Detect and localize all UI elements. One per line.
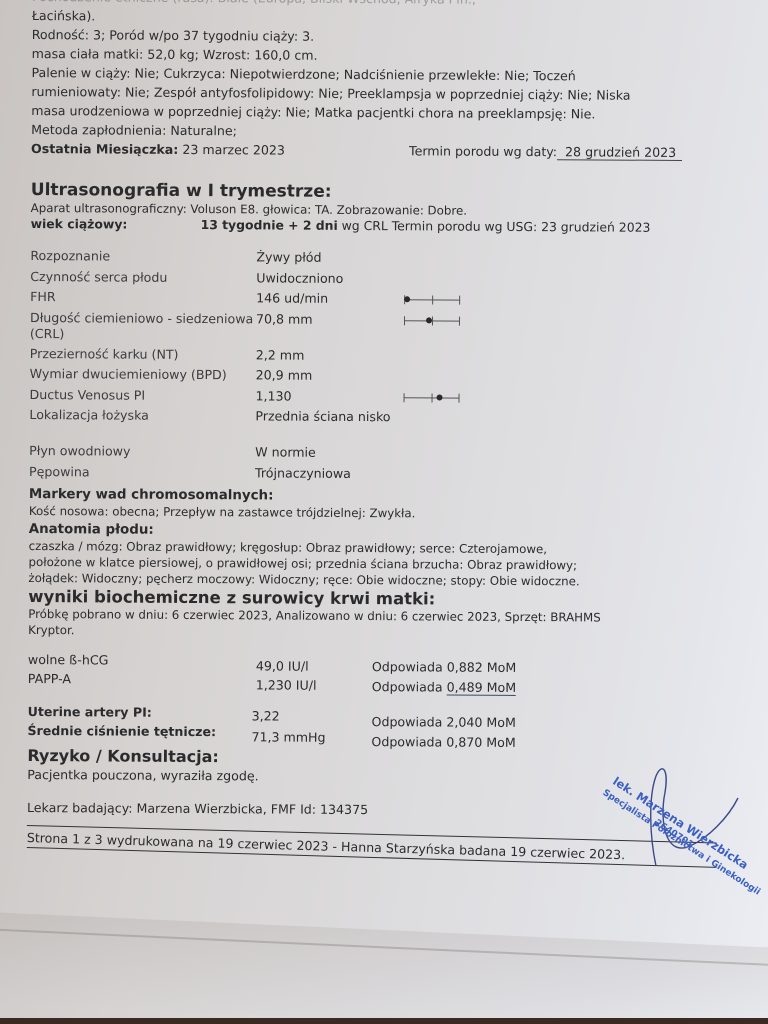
- ultrasound-row: Przezierność karku (NT)2,2 mm: [30, 345, 474, 368]
- ultrasound-row: Płyn owodniowyW normie: [29, 443, 473, 466]
- signature-scribble: [598, 758, 768, 868]
- mom-underlined-value: 0,489 MoM: [447, 680, 517, 696]
- ultrasound-row: RozpoznanieŻywy płód: [30, 248, 474, 271]
- ultrasound-row-value: Uwidoczniono: [256, 270, 404, 291]
- percentile-marker: [426, 317, 432, 323]
- percentile-cell: [404, 368, 474, 389]
- ultrasound-row-value: 20,9 mm: [256, 367, 404, 388]
- ultrasound-row-label: Lokalizacja łożyska: [29, 407, 255, 444]
- bio-value: 49,0 IU/l: [256, 658, 309, 673]
- ultrasound-row-value: W normie: [255, 444, 403, 465]
- chromosomal-markers-text: Kość nosowa: obecna; Przepływ na zastawc…: [29, 503, 749, 523]
- ultrasound-row: Lokalizacja łożyskaPrzednia ściana nisko: [29, 407, 473, 446]
- ultrasound-row: FHR146 ud/min: [30, 289, 474, 312]
- bio-label: Średnie ciśnienie tętnicze:: [27, 723, 216, 739]
- percentile-cell: [404, 348, 474, 369]
- gestational-age-value: 13 tygodnie + 2 dni wg CRL Termin porodu…: [201, 217, 651, 235]
- gestational-age-row: wiek ciążowy: 13 tygodnie + 2 dni wg CRL…: [31, 216, 751, 238]
- due-date-label: Termin porodu wg daty:: [409, 143, 557, 159]
- bio-row-map: Średnie ciśnienie tętnicze: 71,3 mmHg Od…: [27, 723, 747, 746]
- ultrasound-row-label: Rozpoznanie: [30, 248, 256, 270]
- ultrasound-row-label: Czynność serca płodu: [30, 268, 256, 290]
- lmp-label: Ostatnia Miesiączka:: [31, 141, 178, 157]
- due-date-value: 28 grudzień 2023: [557, 144, 682, 161]
- ultrasound-row-value: 2,2 mm: [256, 347, 404, 368]
- gestational-age-weeks: 13 tygodnie + 2 dni: [201, 217, 338, 233]
- percentile-cell: [403, 445, 473, 466]
- percentile-marker: [437, 394, 443, 400]
- percentile-bar: [404, 295, 460, 305]
- bio-label: wolne ß-hCG: [28, 652, 109, 667]
- bio-value: 3,22: [252, 708, 280, 723]
- bio-value: 71,3 mmHg: [251, 729, 325, 744]
- ultrasound-row: Ductus Venosus PI1,130: [29, 386, 473, 409]
- doctor-stamp: lek. Marzena Wierzbicka Specjalista Poło…: [598, 758, 768, 868]
- percentile-cell: [403, 409, 473, 445]
- ultrasound-row-label: Płyn owodniowy: [29, 443, 255, 465]
- bio-label: PAPP-A: [28, 671, 71, 686]
- ultrasound-row-value: Żywy płód: [256, 249, 404, 270]
- ultrasound-row: Czynność serca płoduUwidoczniono: [30, 268, 474, 291]
- bio-mom: Odpowiada 0,489 MoM: [372, 679, 516, 695]
- document-page: Pochodzenie etniczne (rasa): Białe (Euro…: [0, 0, 768, 1018]
- ultrasound-results-table: RozpoznanieŻywy płódCzynność serca płodu…: [29, 248, 474, 487]
- percentile-bar: [404, 393, 460, 403]
- percentile-marker: [404, 296, 410, 302]
- ultrasound-row-label: Przezierność karku (NT): [30, 345, 256, 367]
- ultrasound-row: PępowinaTrójnaczyniowa: [29, 463, 473, 486]
- bio-mom: Odpowiada 0,870 MoM: [371, 734, 515, 750]
- percentile-cell: [404, 312, 474, 348]
- ultrasound-row-value: 146 ud/min: [256, 290, 404, 311]
- lmp-value: 23 marzec 2023: [182, 142, 285, 158]
- ultrasound-row-value: 70,8 mm: [256, 311, 404, 348]
- percentile-cell: [404, 291, 474, 312]
- usg-due-date: wg CRL Termin porodu wg USG: 23 grudzień…: [338, 218, 651, 235]
- percentile-bar: [404, 316, 460, 326]
- ultrasound-row-label: FHR: [30, 289, 256, 311]
- ultrasound-row-label: Długość ciemieniowo - siedzeniowa (CRL): [30, 309, 256, 346]
- lmp-row: Ostatnia Miesiączka: 23 marzec 2023 Term…: [31, 139, 751, 162]
- ultrasound-row-label: Pępowina: [29, 463, 255, 485]
- percentile-cell: [404, 271, 474, 292]
- percentile-cell: [403, 389, 473, 410]
- ultrasound-row-label: Ductus Venosus PI: [29, 386, 255, 408]
- report-content: Pochodzenie etniczne (rasa): Białe (Euro…: [27, 0, 752, 852]
- mom-prefix: Odpowiada: [372, 679, 447, 694]
- ultrasound-row-label: Wymiar dwuciemieniowy (BPD): [30, 366, 256, 388]
- ultrasound-row: Długość ciemieniowo - siedzeniowa (CRL)7…: [30, 309, 474, 348]
- bio-label: Uterine artery PI:: [28, 704, 152, 720]
- percentile-cell: [404, 250, 474, 271]
- ultrasound-row-value: 1,130: [255, 388, 403, 409]
- ultrasound-row: Wymiar dwuciemieniowy (BPD)20,9 mm: [30, 366, 474, 389]
- bio-value: 1,230 IU/l: [256, 677, 317, 692]
- ultrasound-row-value: Przednia ściana nisko: [255, 408, 403, 445]
- due-date-by-date: Termin porodu wg daty:28 grudzień 2023: [409, 141, 682, 162]
- gestational-age-label: wiek ciążowy:: [31, 216, 128, 232]
- percentile-cell: [403, 466, 473, 487]
- ultrasound-row-value: Trójnaczyniowa: [255, 465, 403, 486]
